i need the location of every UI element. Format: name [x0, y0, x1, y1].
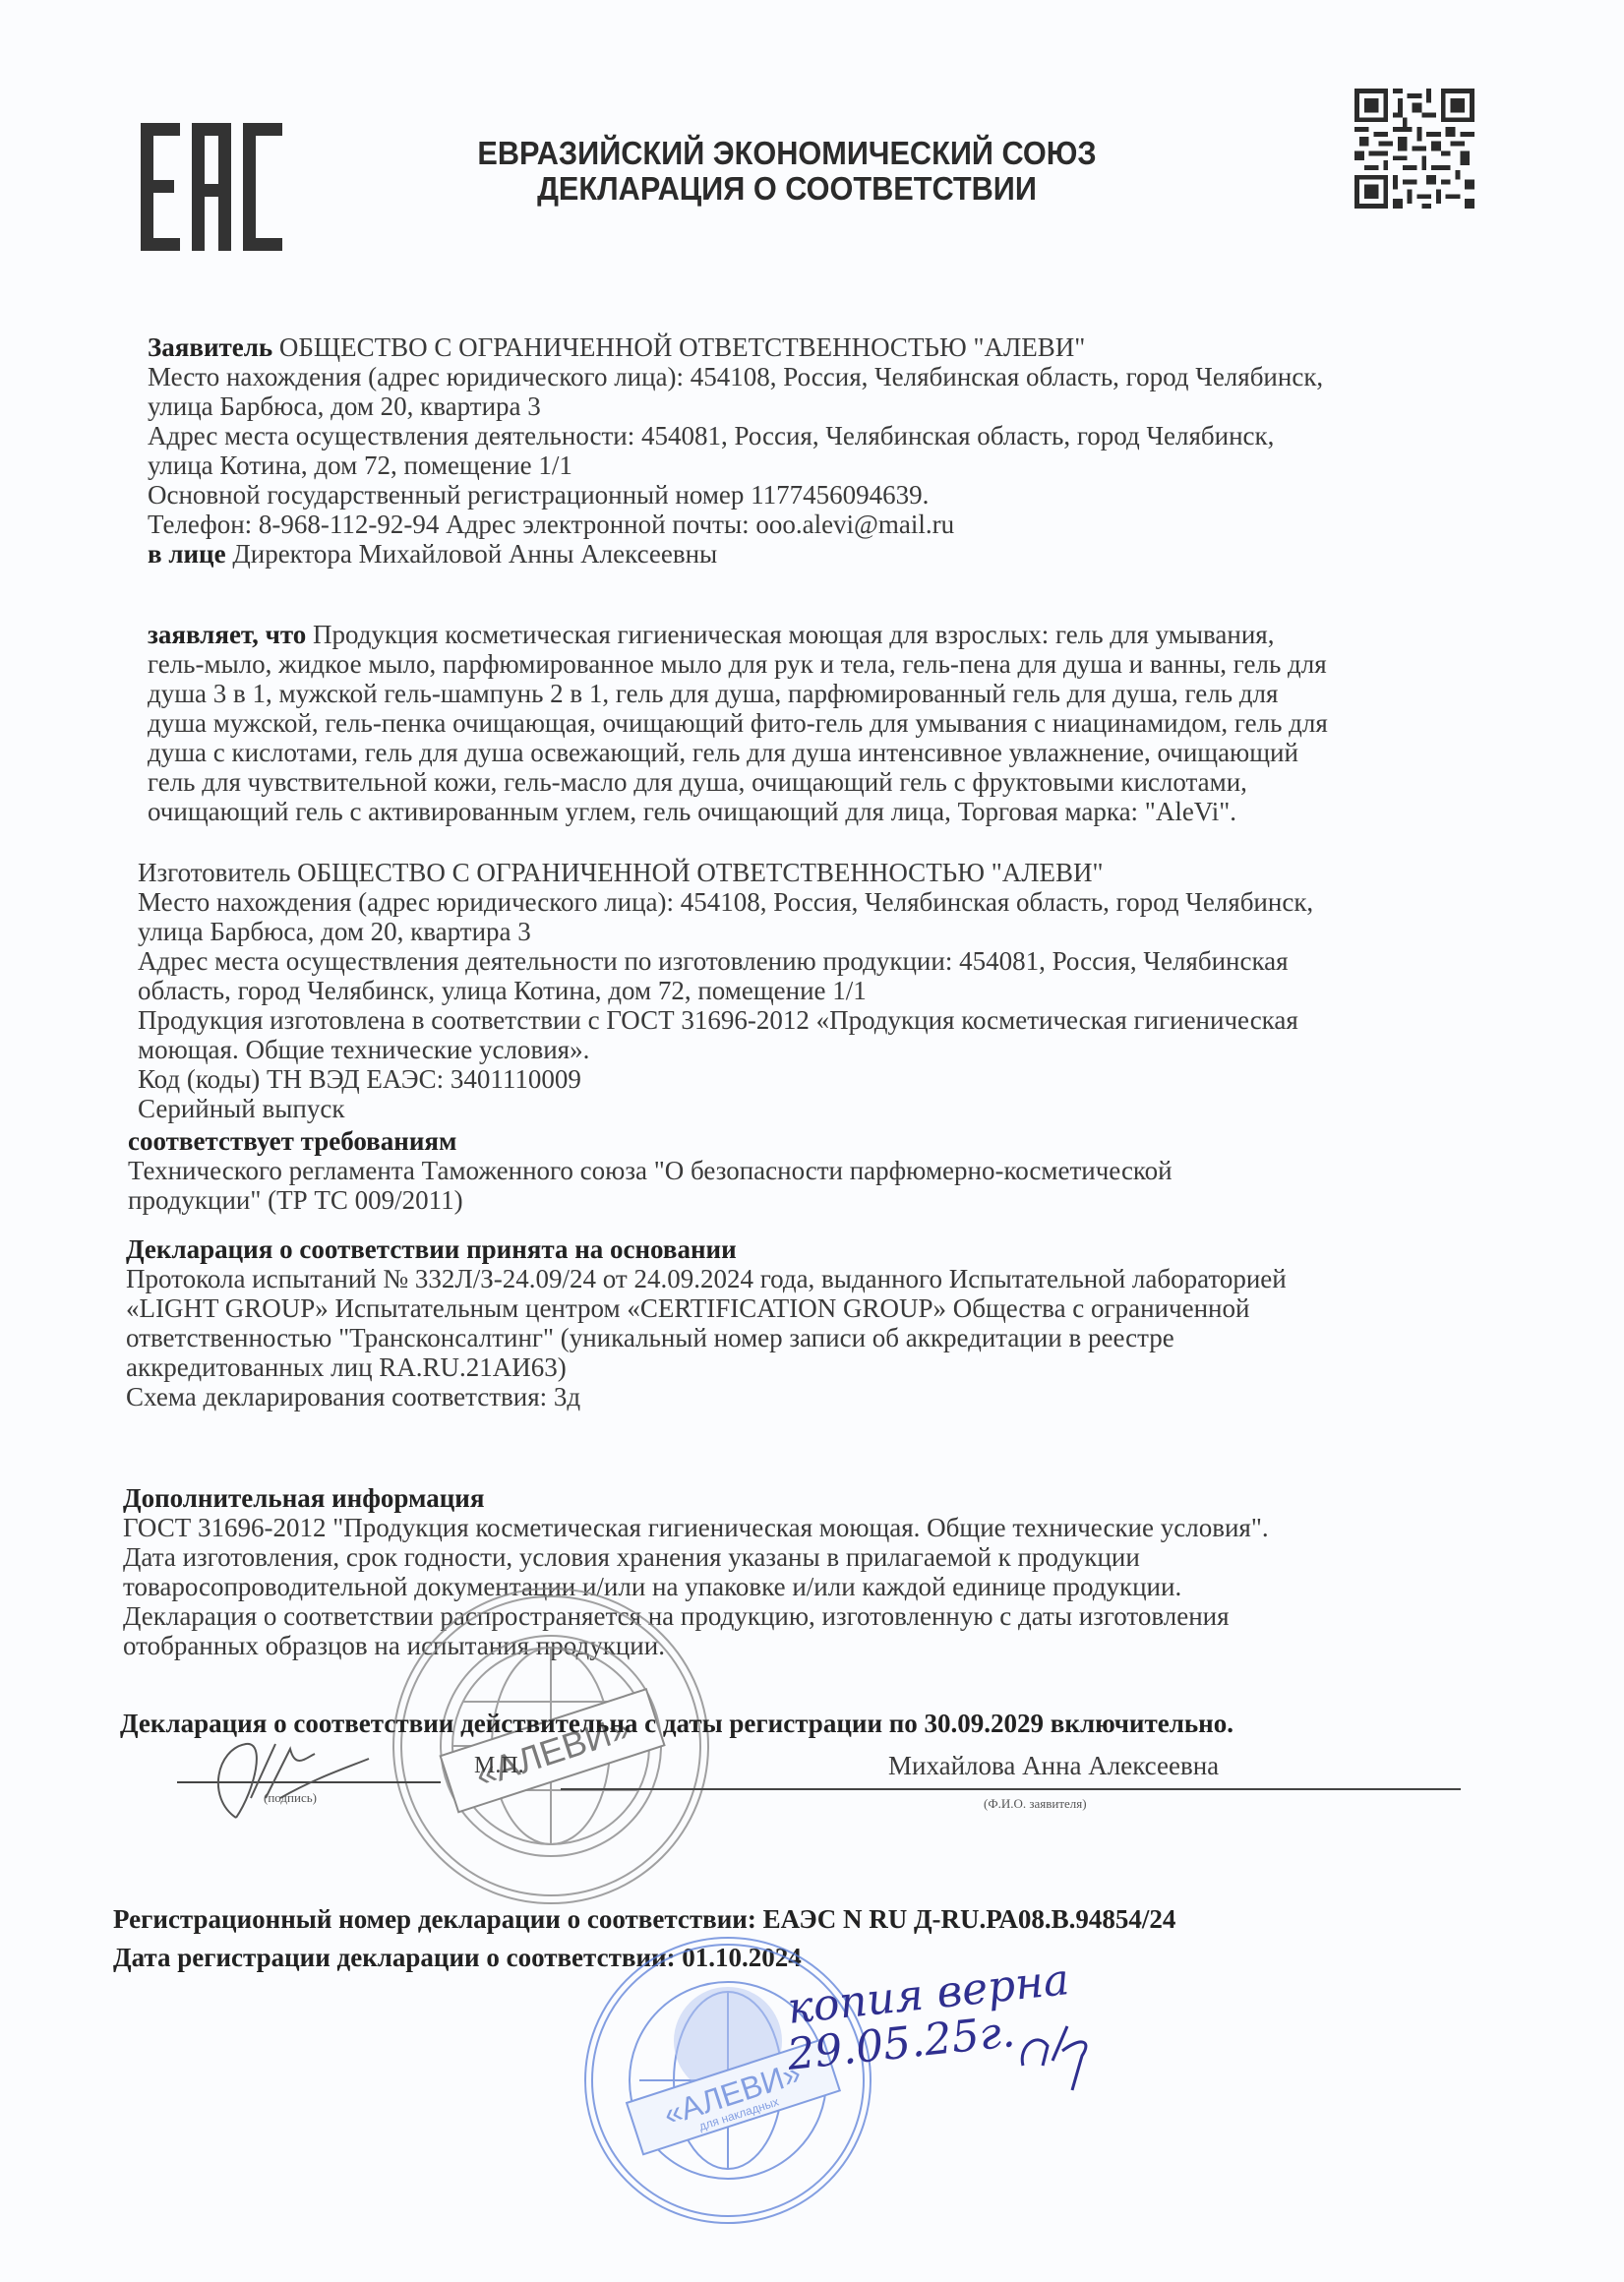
applicant-legal-address: Место нахождения (адрес юридического лиц… [148, 362, 1323, 391]
declares-line: заявляет, что Продукция косметическая ги… [148, 620, 1328, 649]
product-list-line: душа 3 в 1, мужской гель-шампунь 2 в 1, … [148, 679, 1328, 708]
applicant-legal-address-cont: улица Барбюса, дом 20, квартира 3 [148, 391, 1323, 421]
eac-logo [141, 123, 282, 251]
product-list-line: душа мужской, гель-пенка очищающая, очищ… [148, 708, 1328, 738]
declaration-scheme: Схема декларирования соответствия: 3д [126, 1382, 1287, 1411]
applicant-ogrn: Основной государственный регистрационный… [148, 480, 1323, 510]
basis-protocol-cont: ответственностью "Трансконсалтинг" (уник… [126, 1323, 1287, 1352]
represented-by: Директора Михайловой Анны Алексеевны [226, 539, 718, 569]
title-union: ЕВРАЗИЙСКИЙ ЭКОНОМИЧЕСКИЙ СОЮЗ [440, 136, 1135, 171]
applicant-section: Заявитель ОБЩЕСТВО С ОГРАНИЧЕННОЙ ОТВЕТС… [148, 332, 1323, 569]
seal-placement-label: М.П. [474, 1751, 524, 1780]
manufacturer-section: Изготовитель ОБЩЕСТВО С ОГРАНИЧЕННОЙ ОТВ… [138, 858, 1313, 1123]
additional-dates: Дата изготовления, срок годности, услови… [123, 1542, 1269, 1572]
applicant-activity-address: Адрес места осуществления деятельности: … [148, 421, 1323, 450]
compliance-section: соответствует требованиям Технического р… [128, 1126, 1173, 1215]
product-list-line: гель для чувствительной кожи, гель-масло… [148, 767, 1328, 797]
compliance-regulation: Технического регламента Таможенного союз… [128, 1156, 1173, 1185]
eac-letter-c [243, 123, 282, 251]
basis-protocol: Протокола испытаний № 332Л/З-24.09/24 от… [126, 1264, 1287, 1293]
product-list-line: гель-мыло, жидкое мыло, парфюмированное … [148, 649, 1328, 679]
applicant-name: ОБЩЕСТВО С ОГРАНИЧЕННОЙ ОТВЕТСТВЕННОСТЬЮ… [272, 332, 1085, 362]
release-type: Серийный выпуск [138, 1094, 1313, 1123]
product-list-line: очищающий гель с активированным углем, г… [148, 797, 1328, 826]
additional-heading: Дополнительная информация [123, 1483, 1269, 1513]
compliance-regulation-cont: продукции" (ТР ТС 009/2011) [128, 1185, 1173, 1215]
manufacturer-standard-cont: моющая. Общие технические условия». [138, 1035, 1313, 1064]
qr-code-icon[interactable] [1354, 89, 1474, 209]
declares-text: Продукция косметическая гигиеническая мо… [306, 620, 1274, 649]
applicant-line: Заявитель ОБЩЕСТВО С ОГРАНИЧЕННОЙ ОТВЕТС… [148, 332, 1323, 362]
eac-letter-a [192, 123, 231, 251]
document-title: ЕВРАЗИЙСКИЙ ЭКОНОМИЧЕСКИЙ СОЮЗ ДЕКЛАРАЦИ… [440, 136, 1135, 207]
manufacturer-name: Изготовитель ОБЩЕСТВО С ОГРАНИЧЕННОЙ ОТВ… [138, 858, 1313, 887]
manufacturer-standard: Продукция изготовлена в соответствии с Г… [138, 1005, 1313, 1035]
represented-label: в лице [148, 539, 226, 569]
manufacturer-production-address: Адрес места осуществления деятельности п… [138, 946, 1313, 976]
compliance-heading: соответствует требованиям [128, 1126, 1173, 1156]
additional-gost: ГОСТ 31696-2012 "Продукция косметическая… [123, 1513, 1269, 1542]
handwritten-initials-icon [1013, 2007, 1102, 2095]
manufacturer-production-address-cont: область, город Челябинск, улица Котина, … [138, 976, 1313, 1005]
applicant-representative: в лице Директора Михайловой Анны Алексее… [148, 539, 1323, 569]
tnved-code: Код (коды) ТН ВЭД ЕАЭС: 3401110009 [138, 1064, 1313, 1094]
basis-section: Декларация о соответствии принята на осн… [126, 1234, 1287, 1411]
company-seal-gray: «АЛЕВИ» [389, 1584, 713, 1908]
company-seal-blue: «АЛЕВИ» для накладных [580, 1933, 875, 2228]
basis-protocol-cont: аккредитованных лиц RA.RU.21АИ63) [126, 1352, 1287, 1382]
applicant-label: Заявитель [148, 332, 272, 362]
declares-label: заявляет, что [148, 620, 306, 649]
applicant-activity-address-cont: улица Котина, дом 72, помещение 1/1 [148, 450, 1323, 480]
registration-number: Регистрационный номер декларации о соотв… [113, 1904, 1175, 1934]
name-caption: (Ф.И.О. заявителя) [984, 1796, 1087, 1812]
basis-protocol-cont: «LIGHT GROUP» Испытательным центром «CER… [126, 1293, 1287, 1323]
applicant-contacts: Телефон: 8-968-112-92-94 Адрес электронн… [148, 510, 1323, 539]
handwritten-signature-icon [197, 1729, 384, 1828]
basis-heading: Декларация о соответствии принята на осн… [126, 1234, 1287, 1264]
declares-section: заявляет, что Продукция косметическая ги… [148, 620, 1328, 826]
manufacturer-legal-address: Место нахождения (адрес юридического лиц… [138, 887, 1313, 917]
signer-name: Михайлова Анна Алексеевна [888, 1751, 1219, 1780]
eac-letter-e [141, 123, 180, 251]
product-list-line: душа с кислотами, гель для душа освежающ… [148, 738, 1328, 767]
manufacturer-legal-address-cont: улица Барбюса, дом 20, квартира 3 [138, 917, 1313, 946]
name-line [561, 1788, 1461, 1790]
title-declaration: ДЕКЛАРАЦИЯ О СООТВЕТСТВИИ [440, 171, 1135, 207]
